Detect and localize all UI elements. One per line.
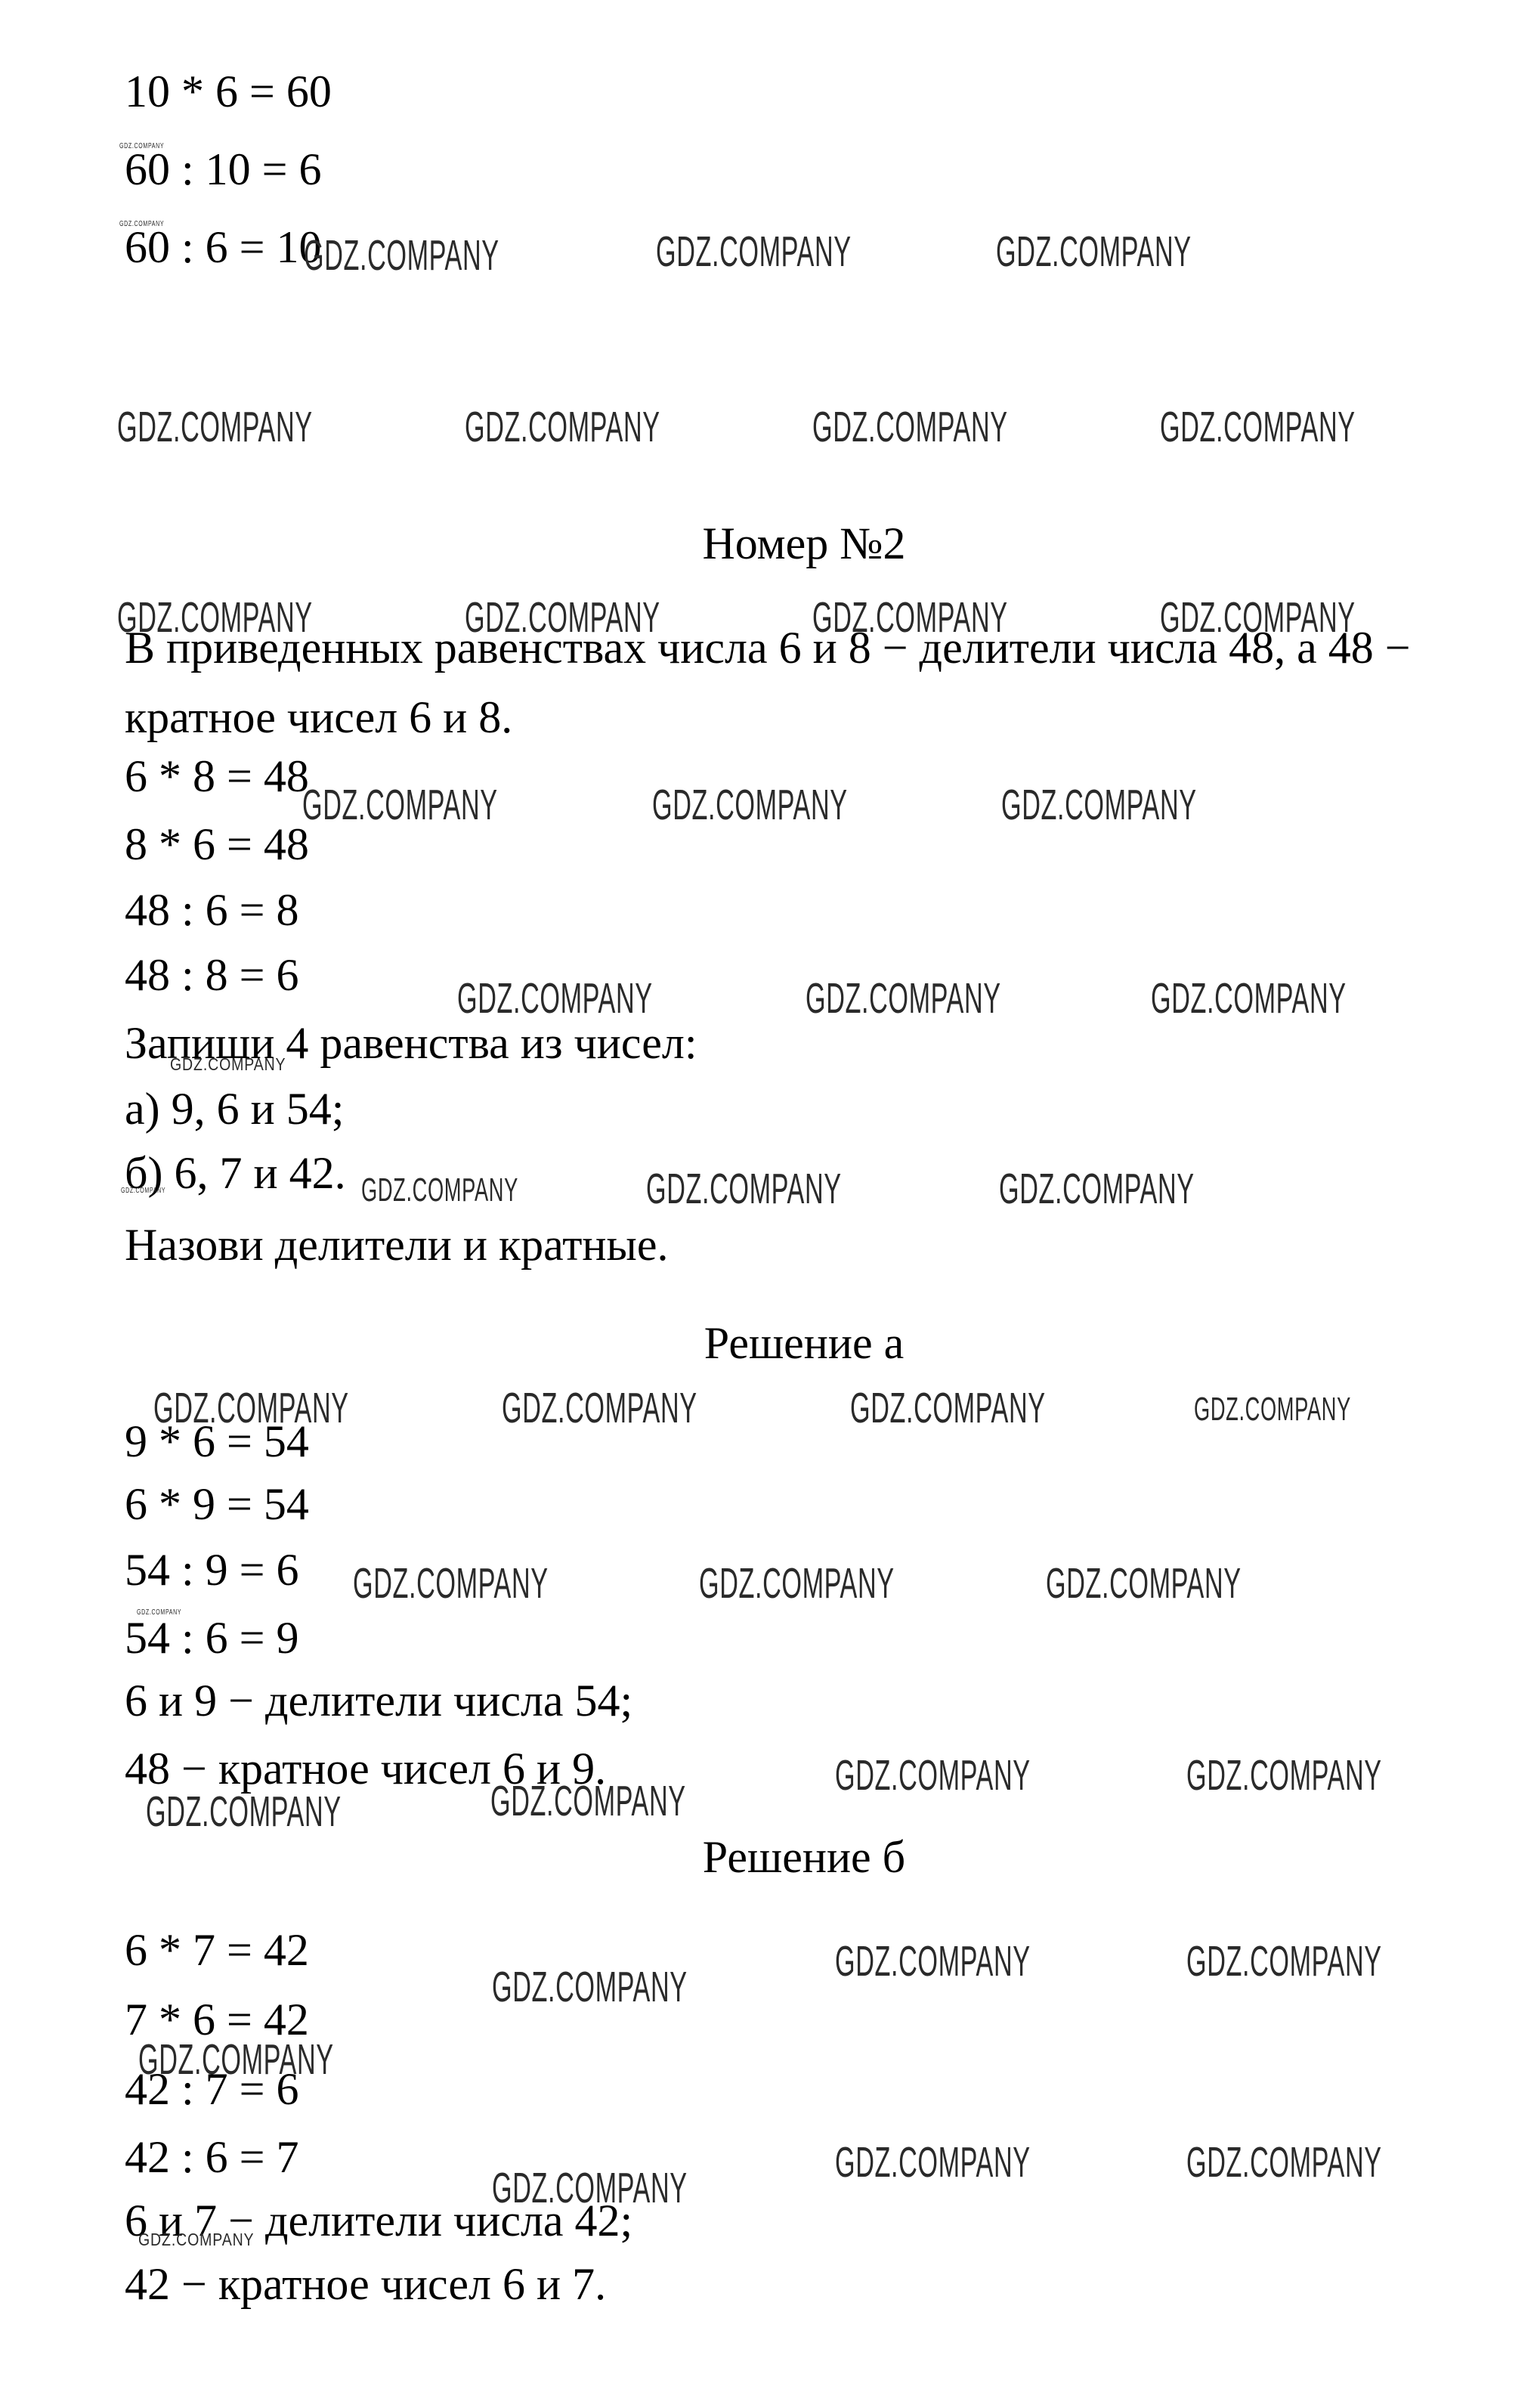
watermark: GDZ.COMPANY	[353, 1558, 549, 1608]
watermark: GDZ.COMPANY	[1151, 973, 1347, 1023]
watermark: GDZ.COMPANY	[361, 1172, 518, 1209]
equation-line: 6 * 7 = 42	[125, 1927, 309, 1974]
watermark: GDZ.COMPANY	[999, 1164, 1195, 1214]
equation-line: 48 : 8 = 6	[125, 952, 299, 999]
watermark: GDZ.COMPANY	[302, 780, 498, 830]
section-heading: Решение а	[704, 1320, 905, 1367]
section-heading: Номер №2	[702, 520, 905, 568]
watermark: GDZ.COMPANY	[457, 973, 653, 1023]
watermark: GDZ.COMPANY	[119, 142, 164, 150]
watermark: GDZ.COMPANY	[652, 780, 848, 830]
watermark: GDZ.COMPANY	[117, 402, 313, 452]
text-line: а) 9, 6 и 54;	[125, 1085, 344, 1133]
watermark: GDZ.COMPANY	[502, 1383, 697, 1433]
watermark: GDZ.COMPANY	[146, 1787, 342, 1837]
text-line: кратное чисел 6 и 8.	[125, 694, 512, 741]
watermark: GDZ.COMPANY	[153, 1383, 349, 1433]
watermark: GDZ.COMPANY	[850, 1383, 1046, 1433]
watermark: GDZ.COMPANY	[119, 220, 164, 228]
equation-line: 8 * 6 = 48	[125, 821, 309, 868]
watermark: GDZ.COMPANY	[1001, 780, 1197, 830]
equation-line: 60 : 6 = 10	[125, 224, 322, 271]
watermark: GDZ.COMPANY	[137, 1608, 181, 1617]
watermark: GDZ.COMPANY	[812, 593, 1008, 642]
equation-line: 48 : 6 = 8	[125, 887, 299, 934]
equation-line: 10 * 6 = 60	[125, 68, 332, 116]
equation-line: 6 * 9 = 54	[125, 1481, 309, 1528]
text-line: Назови делители и кратные.	[125, 1221, 668, 1269]
watermark: GDZ.COMPANY	[138, 2035, 334, 2085]
equation-line: 6 * 8 = 48	[125, 753, 309, 800]
watermark: GDZ.COMPANY	[996, 227, 1192, 277]
watermark: GDZ.COMPANY	[835, 1750, 1031, 1800]
watermark: GDZ.COMPANY	[492, 1962, 688, 2012]
watermark: GDZ.COMPANY	[835, 2137, 1031, 2187]
watermark: GDZ.COMPANY	[304, 231, 499, 280]
watermark: GDZ.COMPANY	[490, 1776, 686, 1826]
watermark: GDZ.COMPANY	[1160, 593, 1356, 642]
equation-line: 54 : 9 = 6	[125, 1546, 299, 1594]
watermark: GDZ.COMPANY	[465, 402, 660, 452]
watermark: GDZ.COMPANY	[835, 1936, 1031, 1986]
watermark: GDZ.COMPANY	[1186, 1936, 1382, 1986]
watermark: GDZ.COMPANY	[1160, 402, 1356, 452]
text-line: 42 − кратное чисел 6 и 7.	[125, 2261, 606, 2308]
watermark: GDZ.COMPANY	[1046, 1558, 1242, 1608]
watermark: GDZ.COMPANY	[121, 1187, 165, 1195]
document-page: 10 * 6 = 6060 : 10 = 660 : 6 = 10Номер №…	[0, 0, 1540, 2408]
watermark: GDZ.COMPANY	[1186, 2137, 1382, 2187]
watermark: GDZ.COMPANY	[465, 593, 660, 642]
watermark: GDZ.COMPANY	[812, 402, 1008, 452]
watermark: GDZ.COMPANY	[699, 1558, 895, 1608]
watermark: GDZ.COMPANY	[646, 1164, 842, 1214]
watermark: GDZ.COMPANY	[117, 593, 313, 642]
watermark: GDZ.COMPANY	[492, 2163, 688, 2213]
equation-line: 42 : 6 = 7	[125, 2134, 299, 2181]
watermark: GDZ.COMPANY	[138, 2230, 254, 2250]
watermark: GDZ.COMPANY	[170, 1054, 286, 1075]
watermark: GDZ.COMPANY	[656, 227, 852, 277]
watermark: GDZ.COMPANY	[806, 973, 1001, 1023]
equation-line: 60 : 10 = 6	[125, 146, 322, 193]
text-line: 6 и 9 − делители числа 54;	[125, 1677, 632, 1725]
equation-line: 54 : 6 = 9	[125, 1614, 299, 1662]
section-heading: Решение б	[703, 1834, 905, 1881]
watermark: GDZ.COMPANY	[1194, 1391, 1351, 1428]
watermark: GDZ.COMPANY	[1186, 1750, 1382, 1800]
